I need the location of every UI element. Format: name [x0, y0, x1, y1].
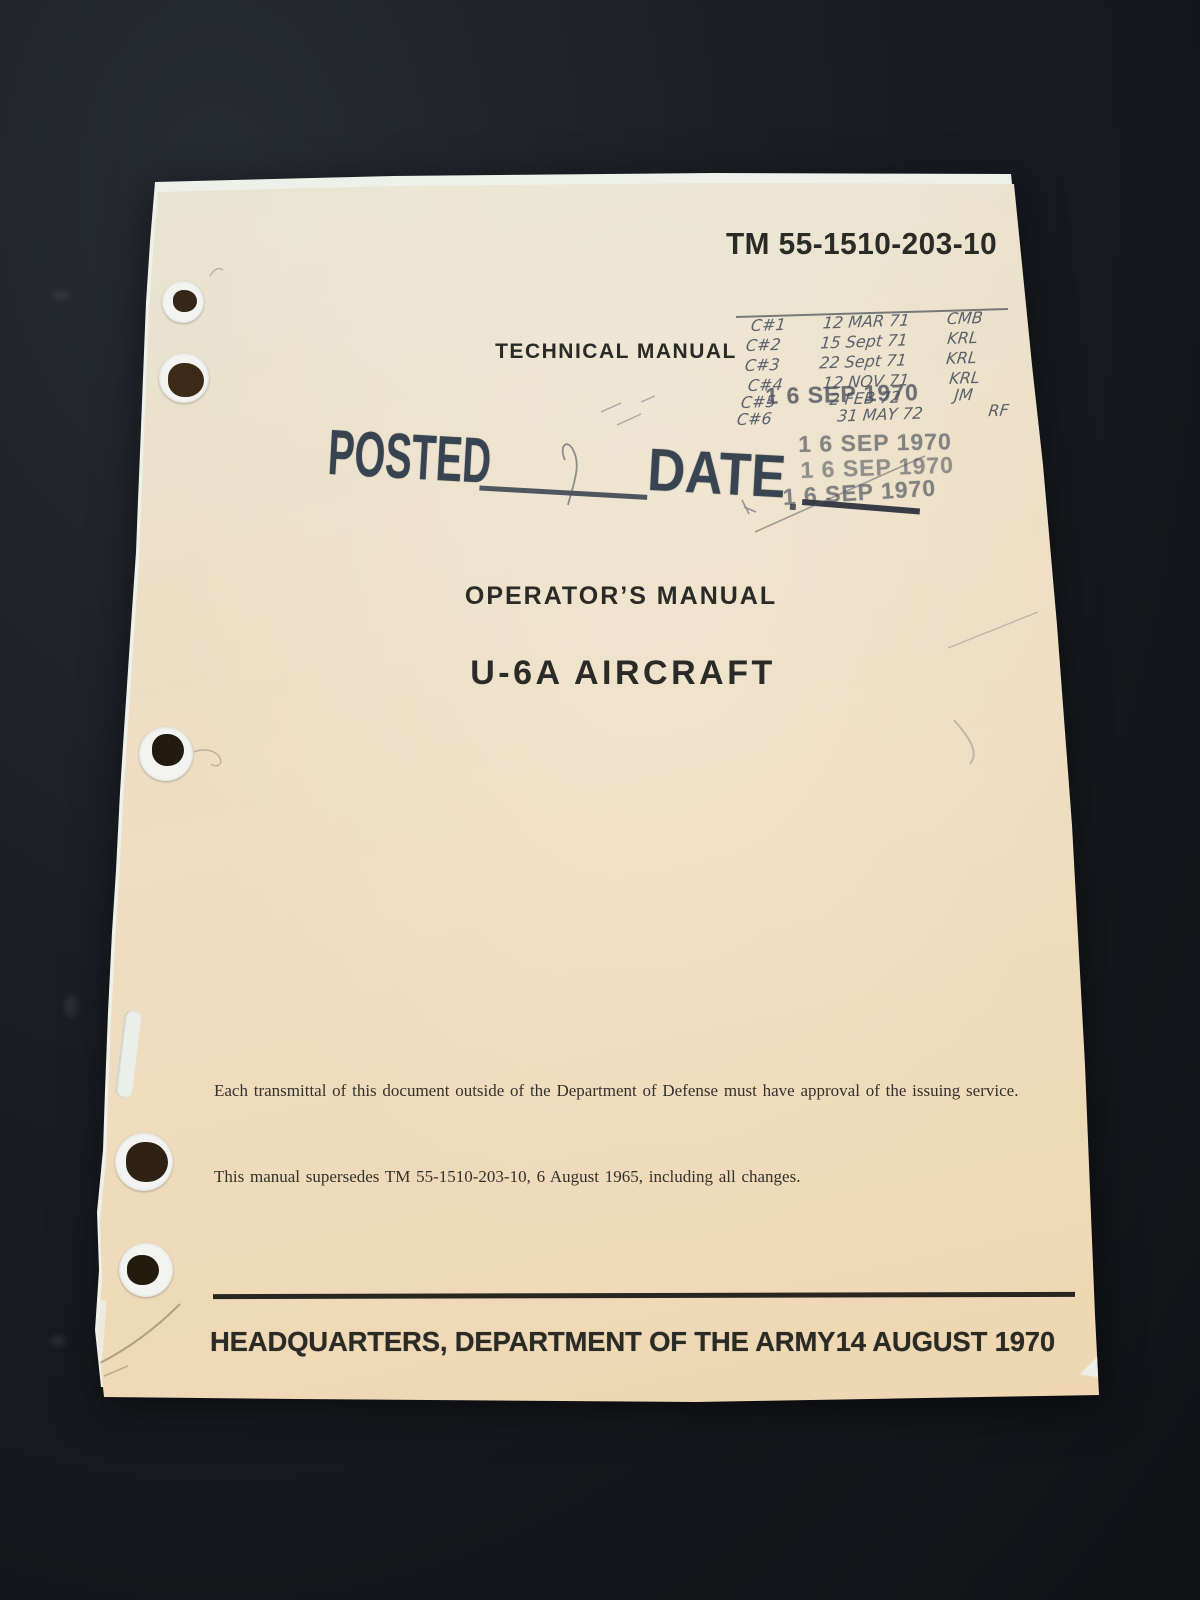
transmittal-notice: Each transmittal of this document outsid…: [214, 1081, 1018, 1101]
footer-line: HEADQUARTERS, DEPARTMENT OF THE ARMY 14 …: [210, 1326, 1055, 1358]
change-number: C#3: [744, 355, 781, 375]
aircraft-title: U-6A AIRCRAFT: [116, 654, 1130, 693]
operators-manual-heading: OPERATOR’S MANUAL: [116, 582, 1126, 611]
footer-date: 14 AUGUST 1970: [836, 1326, 1055, 1358]
change-date: 12 MAR 71: [822, 310, 911, 332]
change-initials: CMB: [946, 308, 984, 328]
change-initials: KRL: [945, 348, 978, 368]
punch-hole: [115, 1133, 173, 1191]
change-number: C#6: [736, 409, 773, 429]
photo-of-manual-cover: TM 55-1510-203-10 TECHNICAL MANUAL OPERA…: [0, 0, 1200, 1600]
punch-hole: [119, 1243, 173, 1297]
supersession-notice: This manual supersedes TM 55-1510-203-10…: [214, 1167, 800, 1187]
date-stamp-word: DATE: [646, 440, 787, 508]
footer-rule: [213, 1292, 1075, 1299]
change-number: C#1: [750, 315, 787, 335]
punch-hole: [139, 727, 193, 781]
change-date: 22 Sept 71: [818, 350, 907, 372]
manual-cover-page: TM 55-1510-203-10 TECHNICAL MANUAL OPERA…: [96, 180, 1106, 1405]
punch-hole: [159, 353, 209, 403]
posted-stamp-underline: [479, 485, 647, 499]
footer-org: HEADQUARTERS, DEPARTMENT OF THE ARMY: [210, 1326, 835, 1358]
change-number: C#2: [745, 335, 782, 355]
change-initials: KRL: [946, 328, 979, 348]
change-date: 31 MAY 72: [836, 404, 923, 426]
table-scuff: [52, 290, 70, 300]
change-initials: RF: [987, 401, 1009, 421]
staple-tear: [115, 1009, 143, 1098]
tm-number: TM 55-1510-203-10: [726, 226, 997, 262]
table-scuff: [64, 995, 78, 1017]
edge-chip: [1080, 1352, 1102, 1378]
change-date: 15 Sept 71: [819, 330, 908, 352]
table-scuff: [50, 1335, 66, 1347]
posted-stamp-word: POSTED: [326, 420, 492, 493]
punch-hole: [162, 281, 204, 323]
